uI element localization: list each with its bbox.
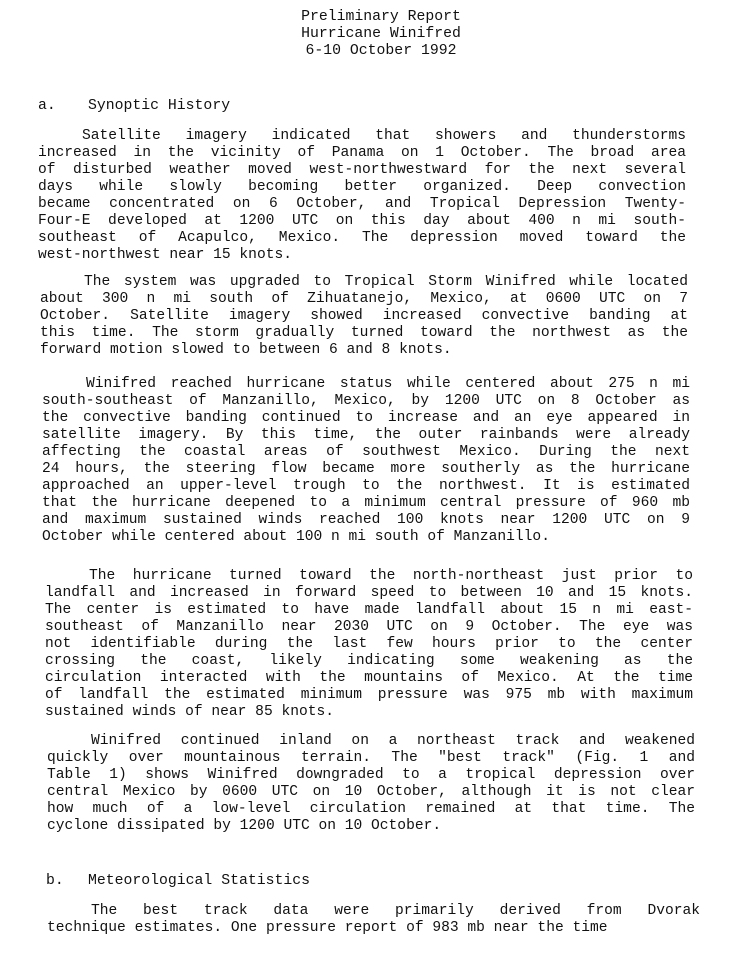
text-line: approached an upper-level trough to the …	[42, 478, 690, 495]
text-line: sustained winds of near 85 knots.	[45, 704, 693, 721]
text-line: landfall and increased in forward speed …	[45, 585, 693, 602]
section-title: Synoptic History	[88, 98, 230, 114]
text-line: days while slowly becoming better organi…	[38, 179, 686, 196]
paragraph-genesis: Satellite imagery indicated that showers…	[38, 128, 686, 264]
text-line: The system was upgraded to Tropical Stor…	[40, 274, 688, 291]
report-title-block: Preliminary Report Hurricane Winifred 6-…	[0, 9, 740, 60]
text-line: The hurricane turned toward the north-no…	[45, 568, 693, 585]
text-line: not identifiable during the last few hou…	[45, 636, 693, 653]
text-line: increased in the vicinity of Panama on 1…	[38, 145, 686, 162]
text-line: Satellite imagery indicated that showers…	[38, 128, 686, 145]
text-line: quickly over mountainous terrain. The "b…	[47, 750, 695, 767]
text-line: October while centered about 100 n mi so…	[42, 529, 690, 546]
text-line: of landfall the estimated minimum pressu…	[45, 687, 693, 704]
paragraph-tropical-storm: The system was upgraded to Tropical Stor…	[40, 274, 688, 359]
report-title: Preliminary Report	[22, 9, 740, 26]
section-marker: b.	[46, 873, 88, 890]
section-title: Meteorological Statistics	[88, 873, 310, 889]
text-line: of disturbed weather moved west-northwes…	[38, 162, 686, 179]
text-line: southeast of Manzanillo near 2030 UTC on…	[45, 619, 693, 636]
text-line: circulation interacted with the mountain…	[45, 670, 693, 687]
paragraph-best-track-data: The best track data were primarily deriv…	[47, 903, 700, 937]
section-heading-meteorological-statistics: b.Meteorological Statistics	[46, 873, 310, 890]
text-line: October. Satellite imagery showed increa…	[40, 308, 688, 325]
paragraph-hurricane-status: Winifred reached hurricane status while …	[42, 376, 690, 546]
storm-name: Hurricane Winifred	[22, 26, 740, 43]
section-marker: a.	[38, 98, 88, 115]
text-line: this time. The storm gradually turned to…	[40, 325, 688, 342]
text-line: 24 hours, the steering flow became more …	[42, 461, 690, 478]
paragraph-landfall: The hurricane turned toward the north-no…	[45, 568, 693, 721]
text-line: how much of a low-level circulation rema…	[47, 801, 695, 818]
text-line: The best track data were primarily deriv…	[47, 903, 700, 920]
text-line: and maximum sustained winds reached 100 …	[42, 512, 690, 529]
text-line: crossing the coast, likely indicating so…	[45, 653, 693, 670]
text-line: cyclone dissipated by 1200 UTC on 10 Oct…	[47, 818, 695, 835]
text-line: the convective banding continued to incr…	[42, 410, 690, 427]
text-line: Winifred reached hurricane status while …	[42, 376, 690, 393]
text-line: became concentrated on 6 October, and Tr…	[38, 196, 686, 213]
section-heading-synoptic-history: a.Synoptic History	[38, 98, 230, 115]
text-line: that the hurricane deepened to a minimum…	[42, 495, 690, 512]
document-page: Preliminary Report Hurricane Winifred 6-…	[0, 0, 740, 973]
text-line: central Mexico by 0600 UTC on 10 October…	[47, 784, 695, 801]
text-line: southeast of Acapulco, Mexico. The depre…	[38, 230, 686, 247]
paragraph-dissipation: Winifred continued inland on a northeast…	[47, 733, 695, 835]
text-line: satellite imagery. By this time, the out…	[42, 427, 690, 444]
text-line: Table 1) shows Winifred downgraded to a …	[47, 767, 695, 784]
text-line: Four-E developed at 1200 UTC on this day…	[38, 213, 686, 230]
text-line: west-northwest near 15 knots.	[38, 247, 686, 264]
text-line: The center is estimated to have made lan…	[45, 602, 693, 619]
text-line: about 300 n mi south of Zihuatanejo, Mex…	[40, 291, 688, 308]
report-dates: 6-10 October 1992	[22, 43, 740, 60]
text-line: affecting the coastal areas of southwest…	[42, 444, 690, 461]
text-line: forward motion slowed to between 6 and 8…	[40, 342, 688, 359]
text-line: south-southeast of Manzanillo, Mexico, b…	[42, 393, 690, 410]
text-line: Winifred continued inland on a northeast…	[47, 733, 695, 750]
text-line: technique estimates. One pressure report…	[47, 920, 700, 937]
